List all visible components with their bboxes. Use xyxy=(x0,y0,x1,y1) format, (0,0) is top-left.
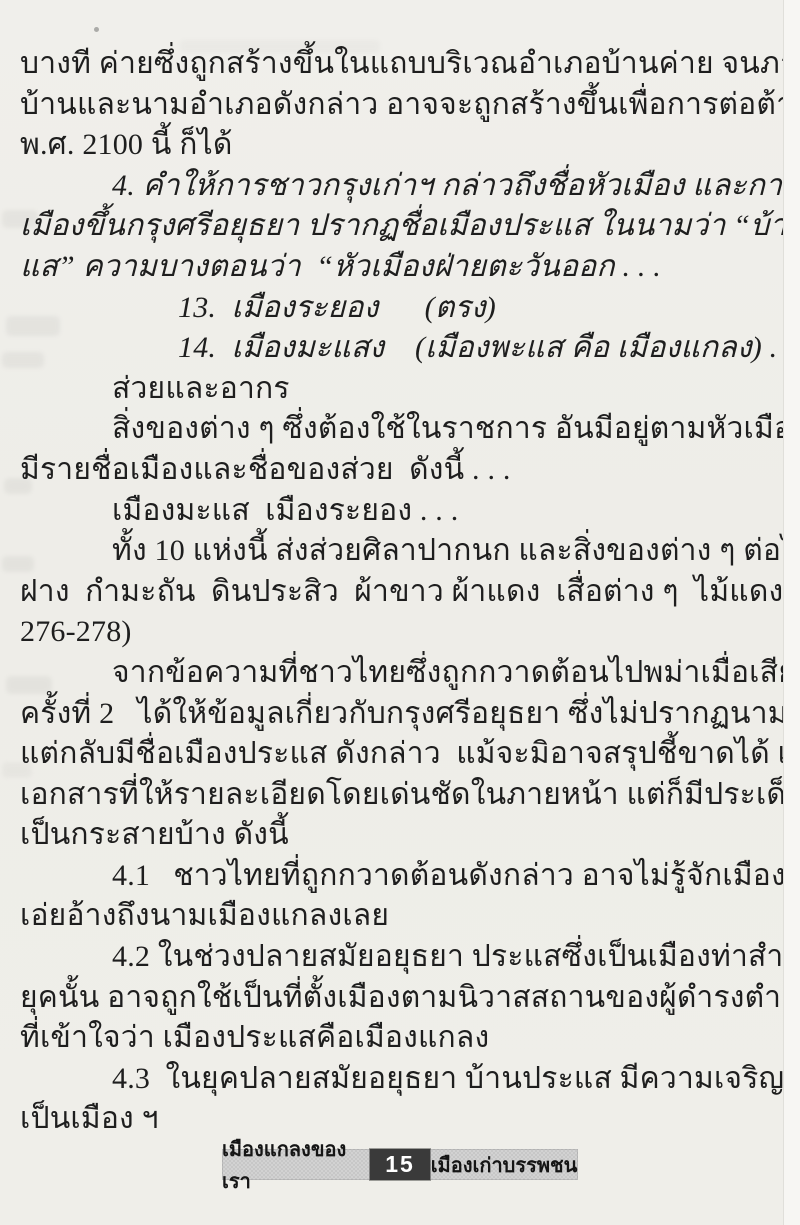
page-number: 15 xyxy=(385,1151,415,1178)
text-line: 276-278) xyxy=(20,612,780,653)
text-line: 4.2 ในช่วงปลายสมัยอยุธยา ประแสซึ่งเป็นเม… xyxy=(20,937,780,978)
text-line: เมืองขึ้นกรุงศรีอยุธยา ปรากฏชื่อเมืองประ… xyxy=(20,206,780,247)
text-line: ครั้งที่ 2 ได้ให้ข้อมูลเกี่ยวกับกรุงศรีอ… xyxy=(20,694,780,735)
text-line: 4.3 ในยุคปลายสมัยอยุธยา บ้านประแส มีความ… xyxy=(20,1059,780,1100)
text-line: ส่วยและอากร xyxy=(20,369,780,410)
page-number-box: 15 xyxy=(370,1149,430,1180)
text-line: แส” ความบางตอนว่า “หัวเมืองฝ่ายตะวันออก … xyxy=(20,247,780,288)
text-line: 13. เมืองระยอง (ตรง) xyxy=(20,288,780,329)
text-line: แต่กลับมีชื่อเมืองประแส ดังกล่าว แม้จะมิ… xyxy=(20,734,780,775)
text-line: เอกสารที่ให้รายละเอียดโดยเด่นชัดในภายหน้… xyxy=(20,775,780,816)
footer-left-title: เมืองแกลงของเรา xyxy=(222,1149,370,1180)
footer-band: เมืองแกลงของเรา 15 เมืองเก่าบรรพชน xyxy=(222,1149,578,1180)
text-line: มีรายชื่อเมืองและชื่อของส่วย ดังนี้ . . … xyxy=(20,450,780,491)
text-line: บ้านและนามอำเภอดังกล่าว อาจจะถูกสร้างขึ้… xyxy=(20,85,780,126)
text-line: ทั้ง 10 แห่งนี้ ส่งส่วยศิลาปากนก และสิ่ง… xyxy=(20,531,780,572)
footer-right-title: เมืองเก่าบรรพชน xyxy=(430,1149,578,1180)
text-line: สิ่งของต่าง ๆ ซึ่งต้องใช้ในราชการ อันมีอ… xyxy=(20,409,780,450)
text-line: 4. คำให้การชาวกรุงเก่าฯ กล่าวถึงชื่อหัวเ… xyxy=(20,166,780,207)
text-line: พ.ศ. 2100 นี้ ก็ได้ xyxy=(20,125,780,166)
text-line: เป็นกระสายบ้าง ดังนี้ xyxy=(20,815,780,856)
ink-speck xyxy=(94,27,99,32)
text-line: เอ่ยอ้างถึงนามเมืองแกลงเลย xyxy=(20,896,780,937)
scanned-page: บางที ค่ายซึ่งถูกสร้างขึ้นในแถบบริเวณอำเ… xyxy=(0,0,800,1225)
page-text: บางที ค่ายซึ่งถูกสร้างขึ้นในแถบบริเวณอำเ… xyxy=(20,44,780,1140)
text-line: เป็นเมือง ฯ xyxy=(20,1099,780,1140)
text-line: ที่เข้าใจว่า เมืองประแสคือเมืองแกลง xyxy=(20,1018,780,1059)
text-line: จากข้อความที่ชาวไทยซึ่งถูกกวาดต้อนไปพม่า… xyxy=(20,653,780,694)
text-line: 4.1 ชาวไทยที่ถูกกวาดต้อนดังกล่าว อาจไม่ร… xyxy=(20,856,780,897)
text-line: ฝาง กำมะถัน ดินประสิว ผ้าขาว ผ้าแดง เสื่… xyxy=(20,572,780,613)
text-line: เมืองมะแส เมืองระยอง . . . xyxy=(20,491,780,532)
text-line: บางที ค่ายซึ่งถูกสร้างขึ้นในแถบบริเวณอำเ… xyxy=(20,44,780,85)
page-edge-strip xyxy=(783,0,800,1225)
text-line: 14. เมืองมะแสง (เมืองพะแส คือ เมืองแกลง)… xyxy=(20,328,780,369)
text-line: ยุคนั้น อาจถูกใช้เป็นที่ตั้งเมืองตามนิวา… xyxy=(20,978,780,1019)
